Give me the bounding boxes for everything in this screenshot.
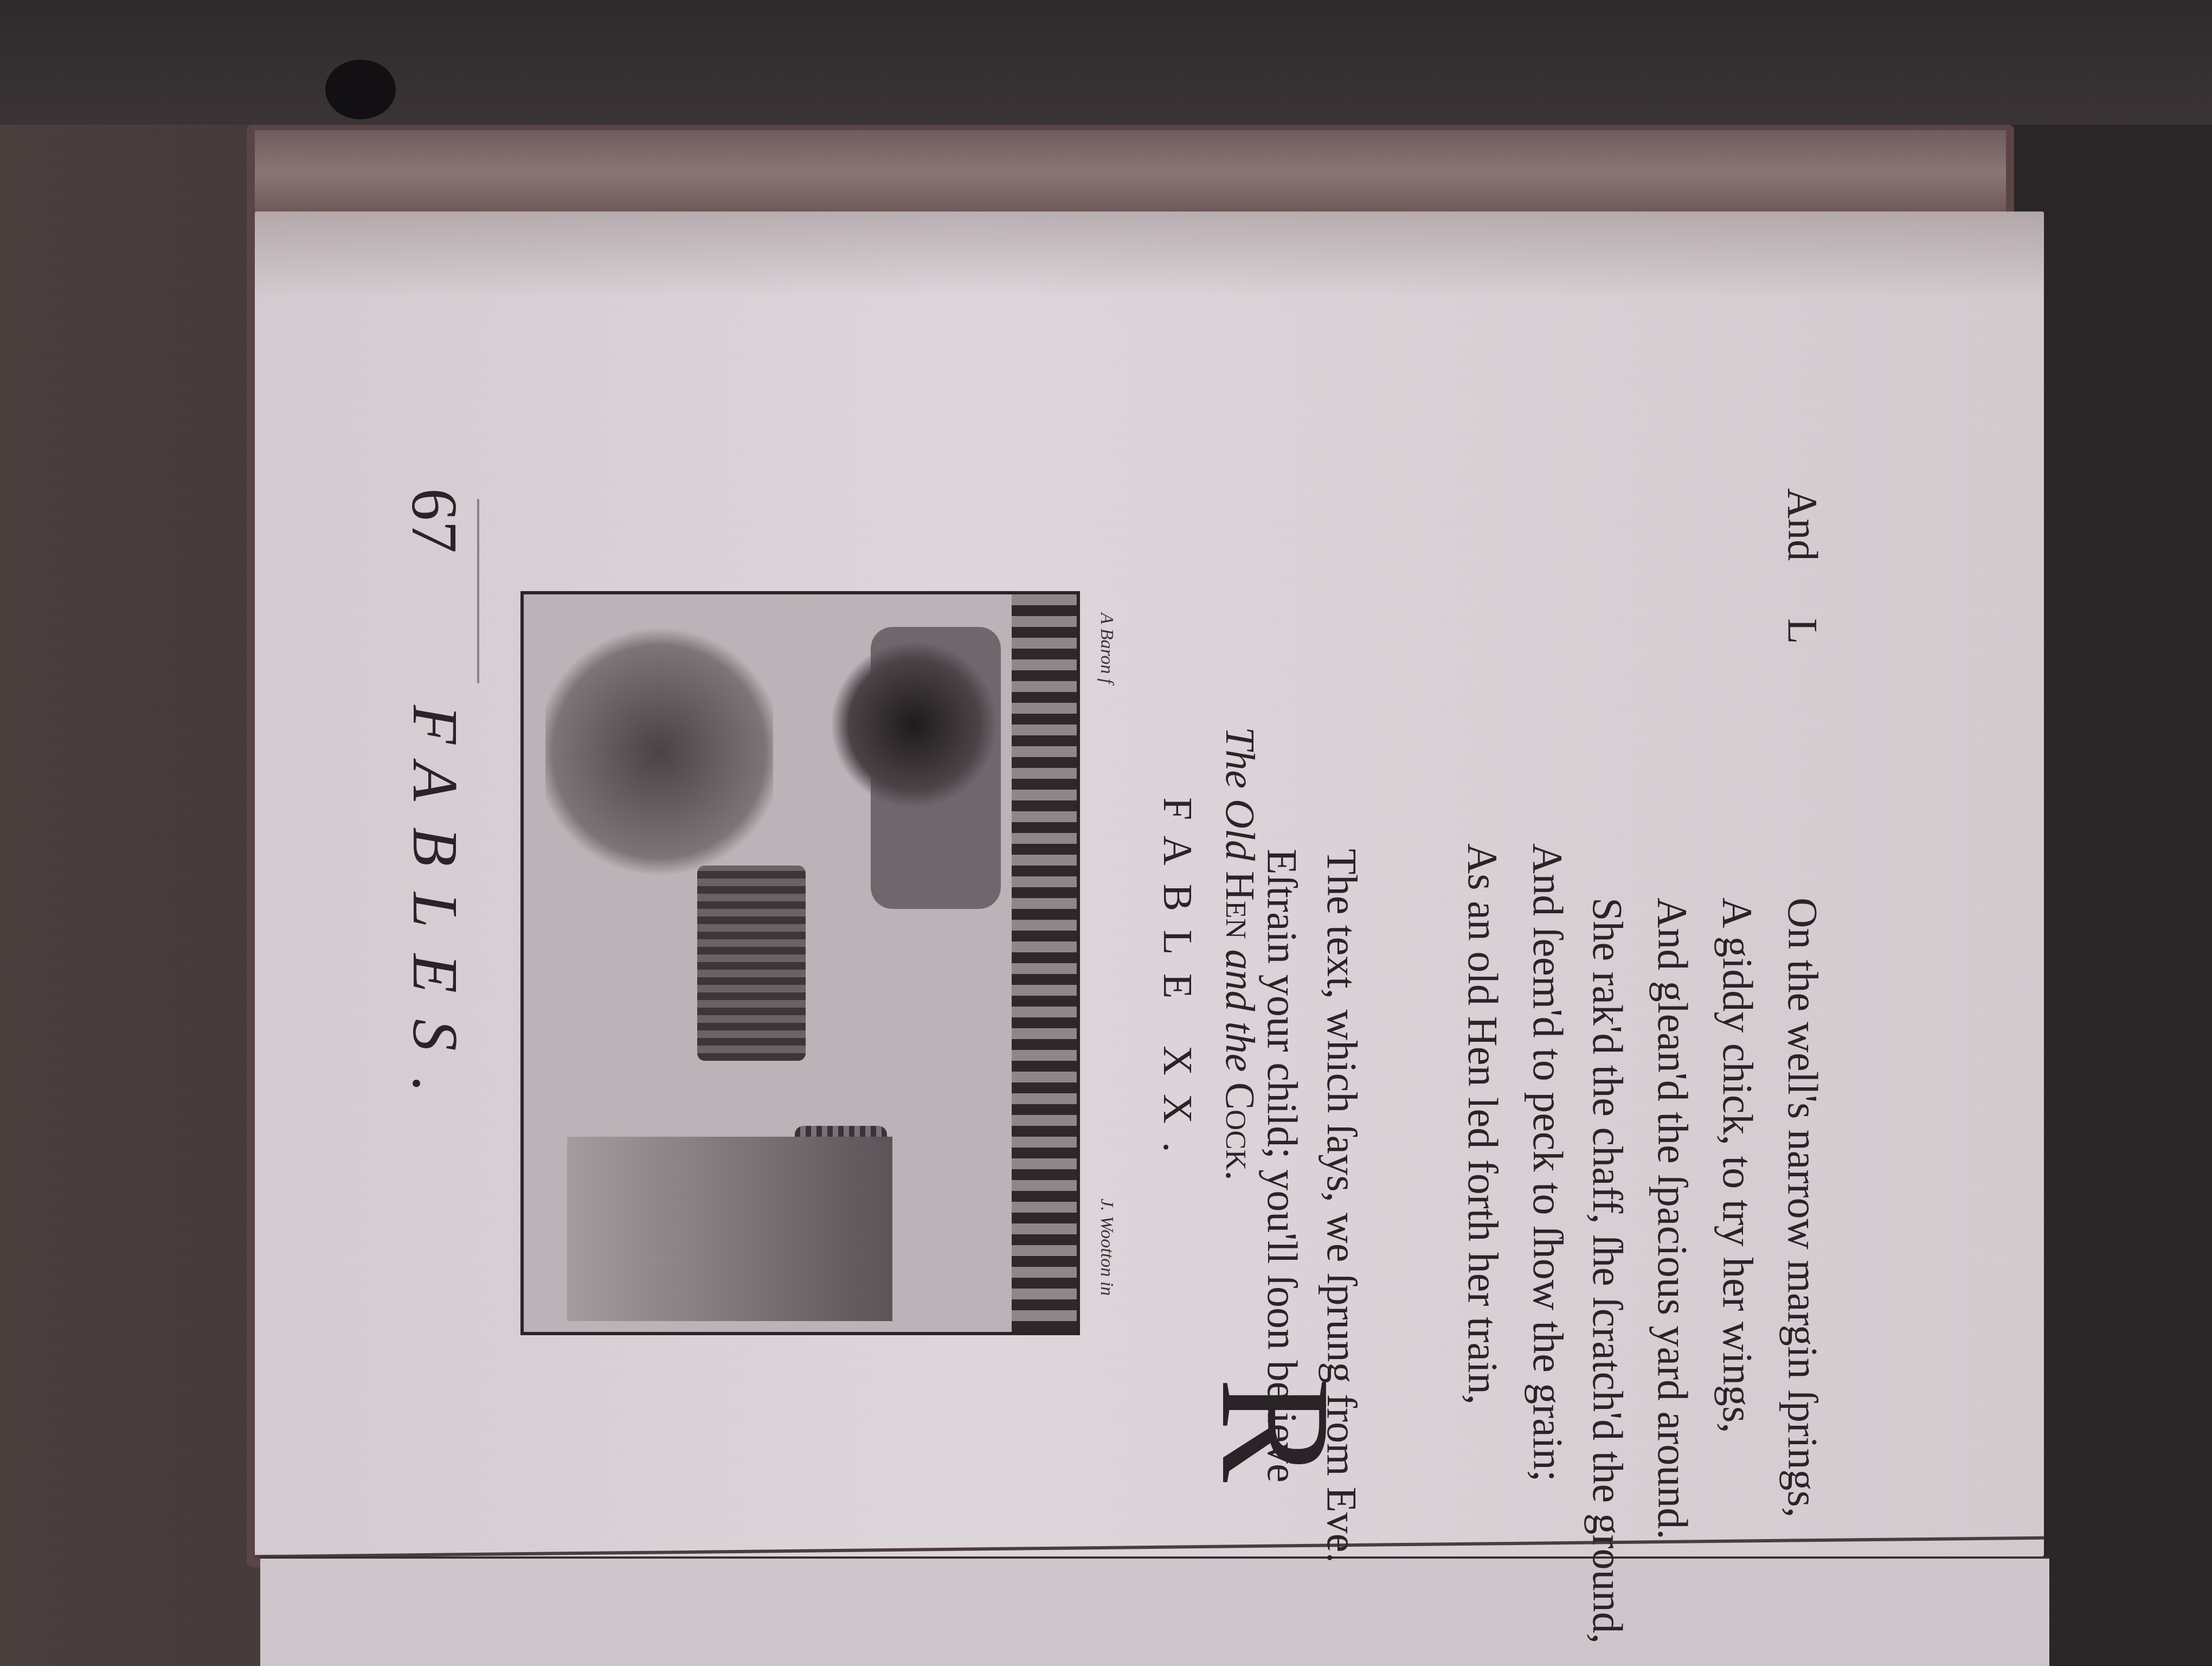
verse-line: And glean'd the ſpacious yard around. (1648, 898, 1697, 1540)
artist-signature: J. Wootton in (1096, 1199, 1117, 1296)
tree-illustration (545, 616, 773, 887)
signature-mark: L (1778, 618, 1827, 644)
verse-line: And ſeem'd to peck to ſhow the grain; (1523, 843, 1572, 1482)
verse-line: As an old Hen led forth her train, (1458, 843, 1507, 1405)
verse-line: She rak'd the chaff, ſhe ſcratch'd the g… (1583, 898, 1632, 1644)
page-text-layer: 67 FABLES. A Baron f J. Wootton in FABLE… (0, 0, 2212, 1666)
verse-line: A giddy chick, to try her wings, (1713, 898, 1762, 1433)
house-illustration (567, 1137, 892, 1321)
fable-title-hen: Hen (1217, 871, 1263, 939)
engraver-signature: A Baron f (1096, 613, 1117, 683)
verse-line: On the well's narrow margin ſprings, (1778, 898, 1827, 1517)
verse-line: The text, which ſays, we ſprung from Eve… (1317, 849, 1366, 1563)
fable-title-pre: The Old (1217, 727, 1263, 861)
cock-illustration (827, 643, 1001, 806)
fable-title: The Old Hen and the Cock. (1216, 727, 1263, 1181)
catchword: And (1778, 488, 1827, 561)
fable-title-cock: Cock. (1217, 1082, 1263, 1181)
running-head: FABLES. (398, 705, 472, 1119)
verse-line: Eſtrain your child; you'll ſoon believe (1258, 849, 1307, 1483)
header-rule (477, 499, 479, 683)
engraving-illustration (520, 591, 1080, 1335)
wall-illustration (1012, 594, 1077, 1332)
fable-number: FABLE XX. (1154, 797, 1201, 1171)
fable-title-and: and the (1217, 950, 1263, 1072)
well-roller-illustration (697, 866, 806, 1061)
page-number: 67 (397, 488, 472, 553)
